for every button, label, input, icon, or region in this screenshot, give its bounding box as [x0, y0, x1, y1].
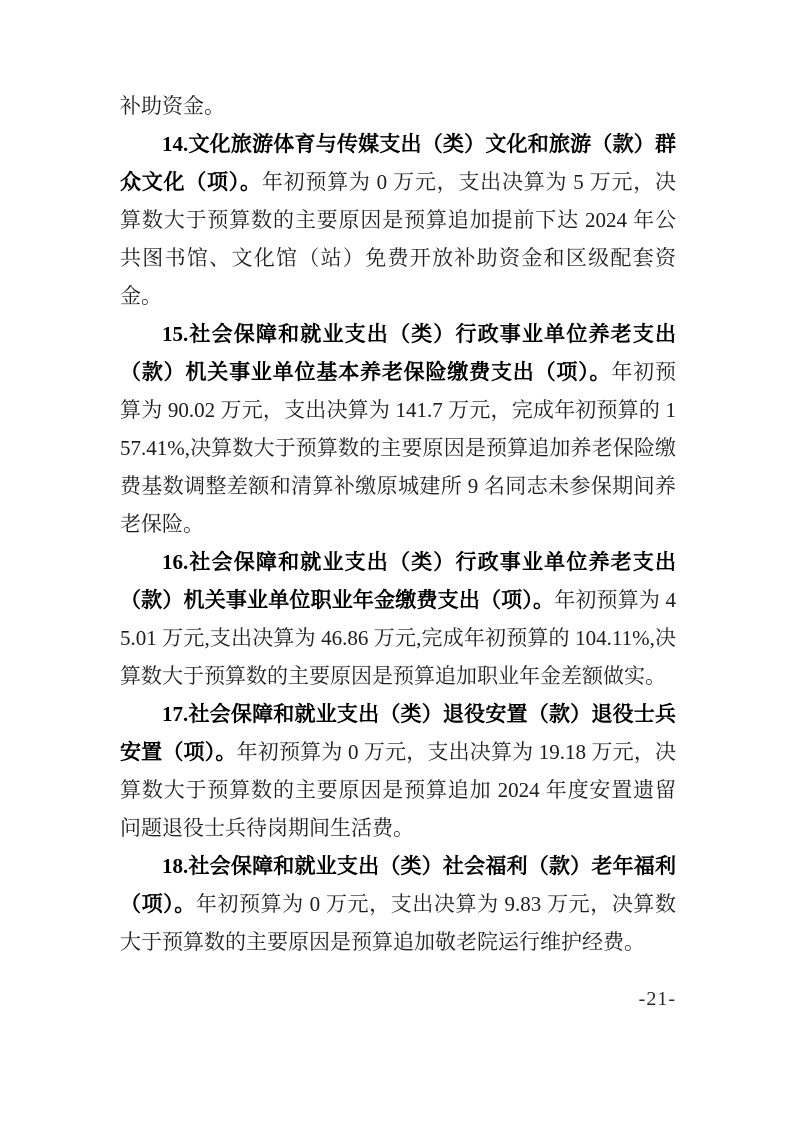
paragraph-text: 补助资金。 — [120, 94, 225, 118]
paragraph-item-15: 15.社会保障和就业支出（类）行政事业单位养老支出（款）机关事业单位基本养老保险… — [120, 315, 676, 543]
item-15-body: 年初预算为 90.02 万元，支出决算为 141.7 万元，完成年初预算的 15… — [120, 360, 676, 536]
document-page: 补助资金。 14.文化旅游体育与传媒支出（类）文化和旅游（款）群众文化（项）。年… — [0, 0, 794, 1122]
paragraph-item-14: 14.文化旅游体育与传媒支出（类）文化和旅游（款）群众文化（项）。年初预算为 0… — [120, 125, 676, 315]
paragraph-item-18: 18.社会保障和就业支出（类）社会福利（款）老年福利（项）。年初预算为 0 万元… — [120, 847, 676, 961]
page-number: -21- — [120, 986, 676, 1012]
paragraph-item-17: 17.社会保障和就业支出（类）退役安置（款）退役士兵安置（项）。年初预算为 0 … — [120, 695, 676, 847]
item-15-heading: 15.社会保障和就业支出（类）行政事业单位养老支出（款）机关事业单位基本养老保险… — [120, 322, 676, 384]
item-18-body: 年初预算为 0 万元，支出决算为 9.83 万元，决算数大于预算数的主要原因是预… — [120, 892, 676, 954]
document-body: 补助资金。 14.文化旅游体育与传媒支出（类）文化和旅游（款）群众文化（项）。年… — [120, 87, 676, 961]
paragraph-continuation: 补助资金。 — [120, 87, 676, 125]
paragraph-item-16: 16.社会保障和就业支出（类）行政事业单位养老支出（款）机关事业单位职业年金缴费… — [120, 543, 676, 695]
